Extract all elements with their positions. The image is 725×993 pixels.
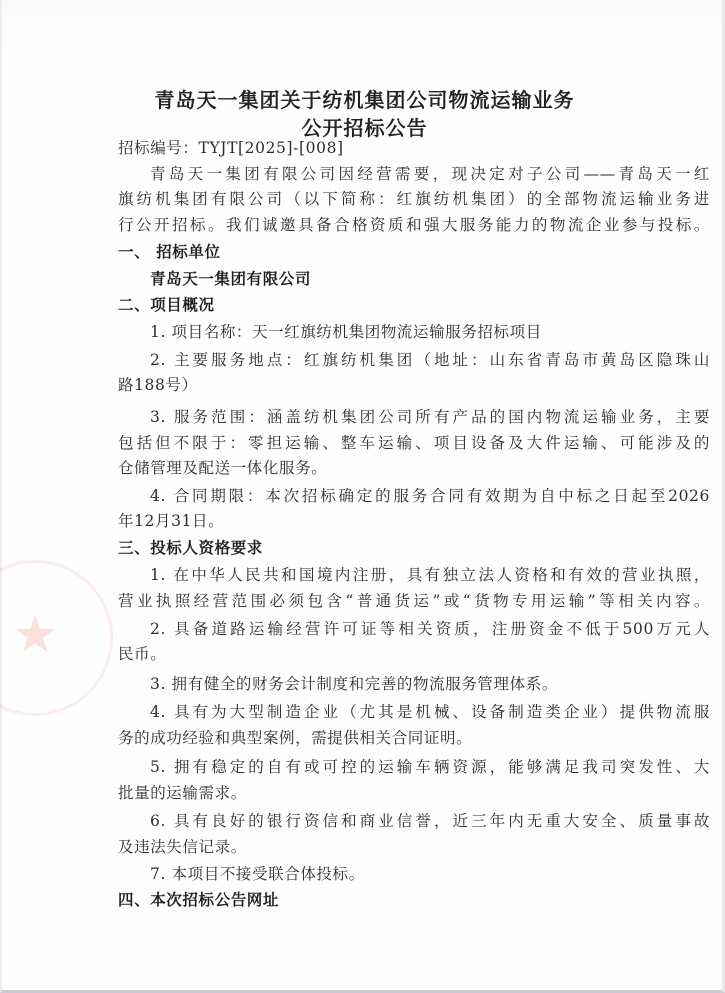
section-heading-bidder-qualifications: 三、投标人资格要求 bbox=[118, 538, 263, 558]
section-heading-tendering-unit: 一、 招标单位 bbox=[118, 242, 221, 262]
document-page: ★ 青岛天一集团关于纺机集团公司物流运输业务 公开招标公告 招标编号：TYJT[… bbox=[0, 0, 725, 993]
qualification-3: 3. 拥有健全的财务会计制度和完善的物流服务管理体系。 bbox=[150, 674, 558, 694]
scan-background bbox=[2, 0, 722, 60]
qualification-5-line-1: 5. 拥有稳定的自有或可控的运输车辆资源，能够满足我司突发性、大 bbox=[150, 757, 710, 777]
qualification-4-line-2: 务的成功经验和典型案例，需提供相关合同证明。 bbox=[118, 728, 472, 748]
project-item-3-line-3: 仓储管理及配送一体化服务。 bbox=[118, 458, 327, 478]
official-seal-stamp: ★ bbox=[0, 560, 113, 716]
project-item-3-line-2: 包括但不限于：零担运输、整车运输、项目设备及大件运输、可能涉及的 bbox=[118, 433, 710, 453]
qualification-2-line-2: 民币。 bbox=[118, 644, 166, 664]
project-item-4-line-1: 4. 合同期限：本次招标确定的服务合同有效期为自中标之日起至2026 bbox=[150, 486, 710, 506]
intro-line-1: 青岛天一集团有限公司因经营需要，现决定对子公司——青岛天一红 bbox=[150, 164, 710, 184]
qualification-5-line-2: 批量的运输需求。 bbox=[118, 783, 247, 803]
project-item-3-line-1: 3. 服务范围：涵盖纺机集团公司所有产品的国内物流运输业务，主要 bbox=[150, 407, 710, 427]
intro-line-3: 行公开招标。我们诚邀具备合格资质和强大服务能力的物流企业参与投标。 bbox=[118, 215, 710, 235]
tendering-company-name: 青岛天一集团有限公司 bbox=[150, 269, 311, 289]
qualification-2-line-1: 2. 具备道路运输经营许可证等相关资质，注册资金不低于500万元人 bbox=[150, 619, 710, 639]
qualification-1-line-1: 1. 在中华人民共和国境内注册，具有独立法人资格和有效的营业执照， bbox=[150, 565, 710, 585]
project-item-2-line-1: 2. 主要服务地点：红旗纺机集团（地址：山东省青岛市黄岛区隐珠山 bbox=[150, 350, 710, 370]
project-item-1: 1. 项目名称：天一红旗纺机集团物流运输服务招标项目 bbox=[150, 322, 542, 342]
document-title: 青岛天一集团关于纺机集团公司物流运输业务 bbox=[2, 84, 725, 113]
tender-number: 招标编号：TYJT[2025]-[008] bbox=[118, 138, 344, 158]
qualification-7: 7. 本项目不接受联合体投标。 bbox=[150, 864, 365, 884]
project-item-4-line-2: 年12月31日。 bbox=[118, 511, 224, 531]
project-item-2-line-2: 路188号） bbox=[118, 375, 198, 395]
qualification-4-line-1: 4. 具有为大型制造企业（尤其是机械、设备制造类企业）提供物流服 bbox=[150, 702, 710, 722]
star-icon: ★ bbox=[12, 609, 59, 661]
qualification-6-line-2: 及违法失信记录。 bbox=[118, 837, 247, 857]
intro-line-2: 旗纺机集团有限公司（以下简称：红旗纺机集团）的全部物流运输业务进 bbox=[118, 189, 710, 209]
section-heading-project-overview: 二、项目概况 bbox=[118, 295, 215, 315]
document-subtitle: 公开招标公告 bbox=[2, 112, 725, 141]
section-heading-announcement-url: 四、本次招标公告网址 bbox=[118, 890, 279, 910]
qualification-1-line-2: 营业执照经营范围必须包含“普通货运”或“货物专用运输”等相关内容。 bbox=[118, 591, 710, 611]
qualification-6-line-1: 6. 具有良好的银行资信和商业信誉，近三年内无重大安全、质量事故 bbox=[150, 811, 710, 831]
